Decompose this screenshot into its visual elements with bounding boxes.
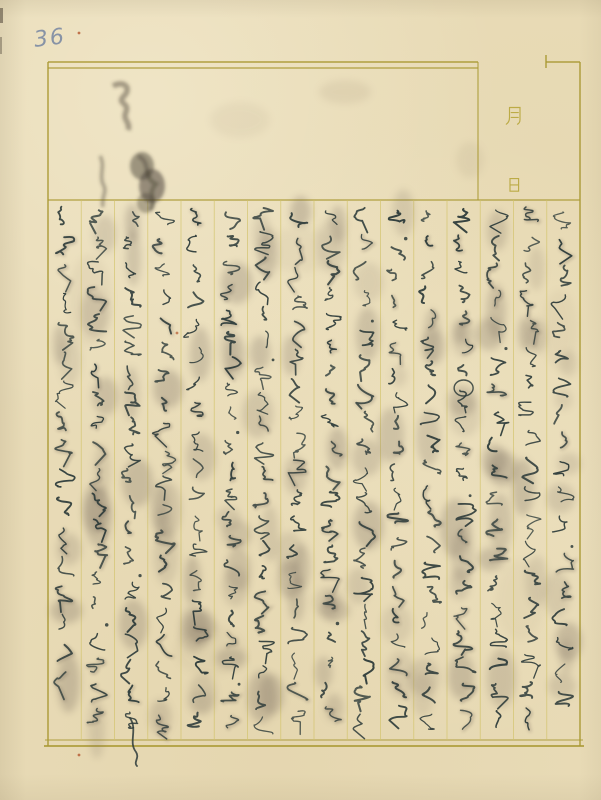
date-labels xyxy=(506,108,520,192)
day-label-glyph xyxy=(510,179,519,192)
handwriting-column xyxy=(387,211,408,729)
rust-speck xyxy=(176,332,179,335)
manuscript-page: 36 xyxy=(0,0,601,800)
handwriting-column xyxy=(253,208,274,734)
scan-art-layer xyxy=(0,0,601,800)
scan-edge-mark xyxy=(0,8,3,23)
scan-edge-mark xyxy=(0,37,2,54)
header-inkblot-3 xyxy=(130,152,165,213)
handwriting-column-blots xyxy=(80,215,118,759)
handwriting-column-blots xyxy=(314,206,351,723)
handwriting-column-blots xyxy=(149,240,183,740)
ink-descender xyxy=(130,718,137,766)
handwriting-column-blots xyxy=(440,236,480,730)
rust-speck xyxy=(78,754,81,757)
handwriting-column xyxy=(419,211,441,729)
month-label-glyph xyxy=(506,108,520,125)
scan-artifacts xyxy=(0,8,178,766)
rust-speck xyxy=(78,32,81,35)
header-ink-bleed xyxy=(100,84,165,213)
header-inkblot-1 xyxy=(113,84,129,130)
